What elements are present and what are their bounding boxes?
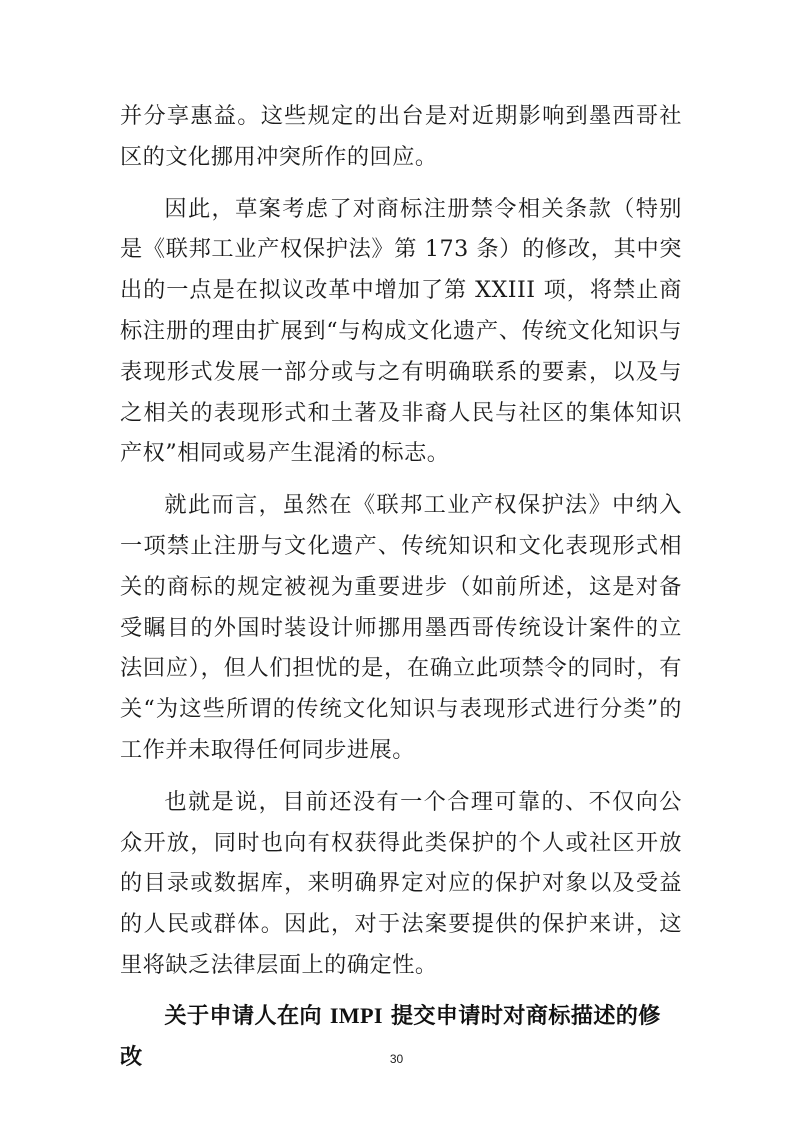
- paragraph-progress-and-concerns: 就此而言，虽然在《联邦工业产权保护法》中纳入一项禁止注册与文化遗产、传统知识和文…: [120, 485, 682, 771]
- paragraph-continuation: 并分享惠益。这些规定的出台是对近期影响到墨西哥社区的文化挪用冲突所作的回应。: [120, 96, 682, 178]
- paragraph-trademark-prohibition-amendment: 因此，草案考虑了对商标注册禁令相关条款（特别是《联邦工业产权保护法》第 173 …: [120, 189, 682, 475]
- document-page: 并分享惠益。这些规定的出台是对近期影响到墨西哥社区的文化挪用冲突所作的回应。 因…: [120, 96, 682, 1077]
- paragraph-legal-certainty: 也就是说，目前还没有一个合理可靠的、不仅向公众开放，同时也向有权获得此类保护的个…: [120, 782, 682, 986]
- section-heading-part-1: 关于申请人在向: [164, 1003, 329, 1029]
- page-number: 30: [0, 1052, 793, 1066]
- section-heading-acronym: IMPI: [330, 1003, 383, 1028]
